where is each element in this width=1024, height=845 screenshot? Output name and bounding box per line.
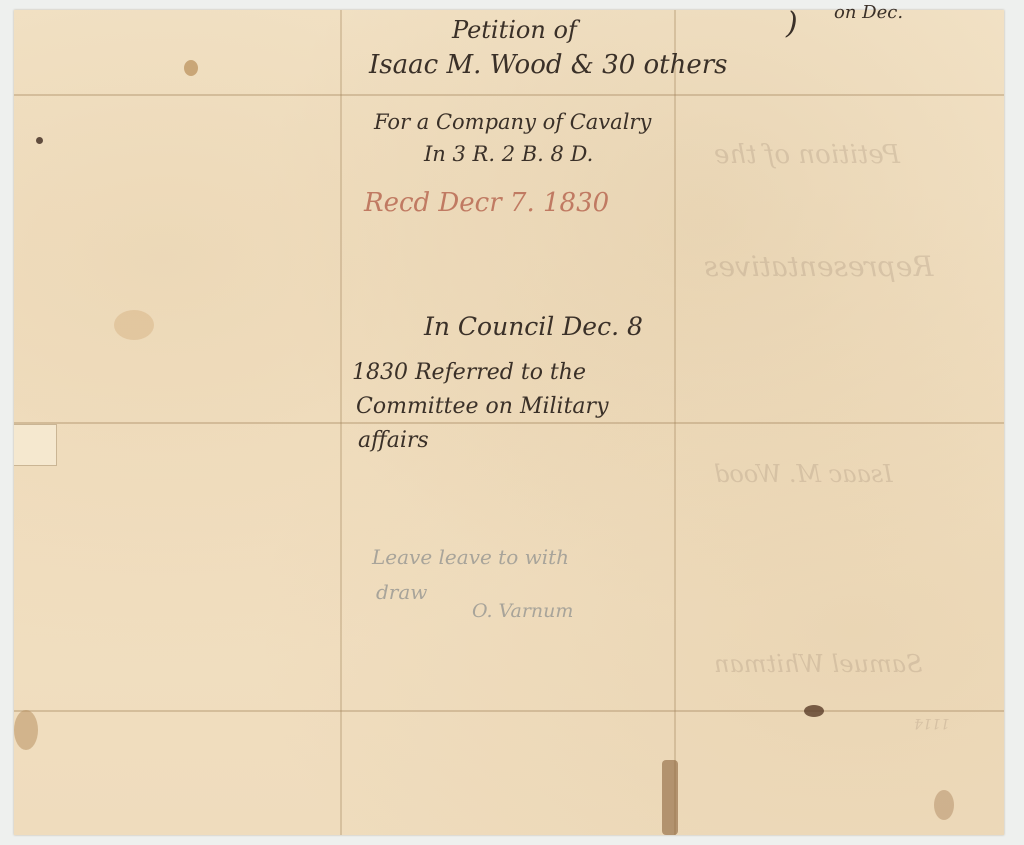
fold-line-horizontal: [14, 422, 1004, 424]
fold-line-horizontal: [14, 94, 1004, 96]
docket-petitioner: Isaac M. Wood & 30 others: [369, 50, 728, 80]
bleed-through-text: Isaac M. Wood: [714, 460, 893, 488]
bleed-through-text: Samuel Whitman: [714, 650, 922, 678]
docket-title: Petition of: [452, 16, 577, 44]
edge-stain: [934, 790, 954, 820]
corner-mark: ): [786, 6, 798, 41]
docket-received-date: Recd Decr 7. 1830: [364, 188, 609, 218]
pencil-signature: O. Varnum: [472, 600, 573, 622]
paper-corner-flap: [14, 424, 57, 466]
damage-stain: [662, 760, 678, 835]
council-note-line-4: affairs: [358, 428, 429, 453]
ink-stain: [804, 705, 824, 717]
ink-stain: [36, 137, 43, 144]
bleed-through-text: Petition of the: [714, 140, 900, 170]
water-stain: [114, 310, 154, 340]
council-note-line-2: 1830 Referred to the: [352, 360, 586, 385]
edge-stain: [14, 710, 38, 750]
document-paper: Petition of Isaac M. Wood & 30 others Fo…: [14, 10, 1004, 835]
corner-number: 1114: [914, 715, 950, 731]
bleed-through-text: Representatives: [704, 250, 933, 283]
pencil-note-line-1: Leave leave to with: [372, 545, 569, 569]
council-note-line-3: Committee on Military: [356, 394, 609, 419]
docket-subject: For a Company of Cavalry: [374, 110, 651, 134]
ink-stain: [184, 60, 198, 76]
corner-note: on Dec.: [834, 2, 903, 23]
council-note-line-1: In Council Dec. 8: [424, 312, 643, 341]
pencil-note-line-2: draw: [376, 580, 427, 604]
docket-unit: In 3 R. 2 B. 8 D.: [424, 142, 593, 166]
fold-line-horizontal: [14, 710, 1004, 712]
